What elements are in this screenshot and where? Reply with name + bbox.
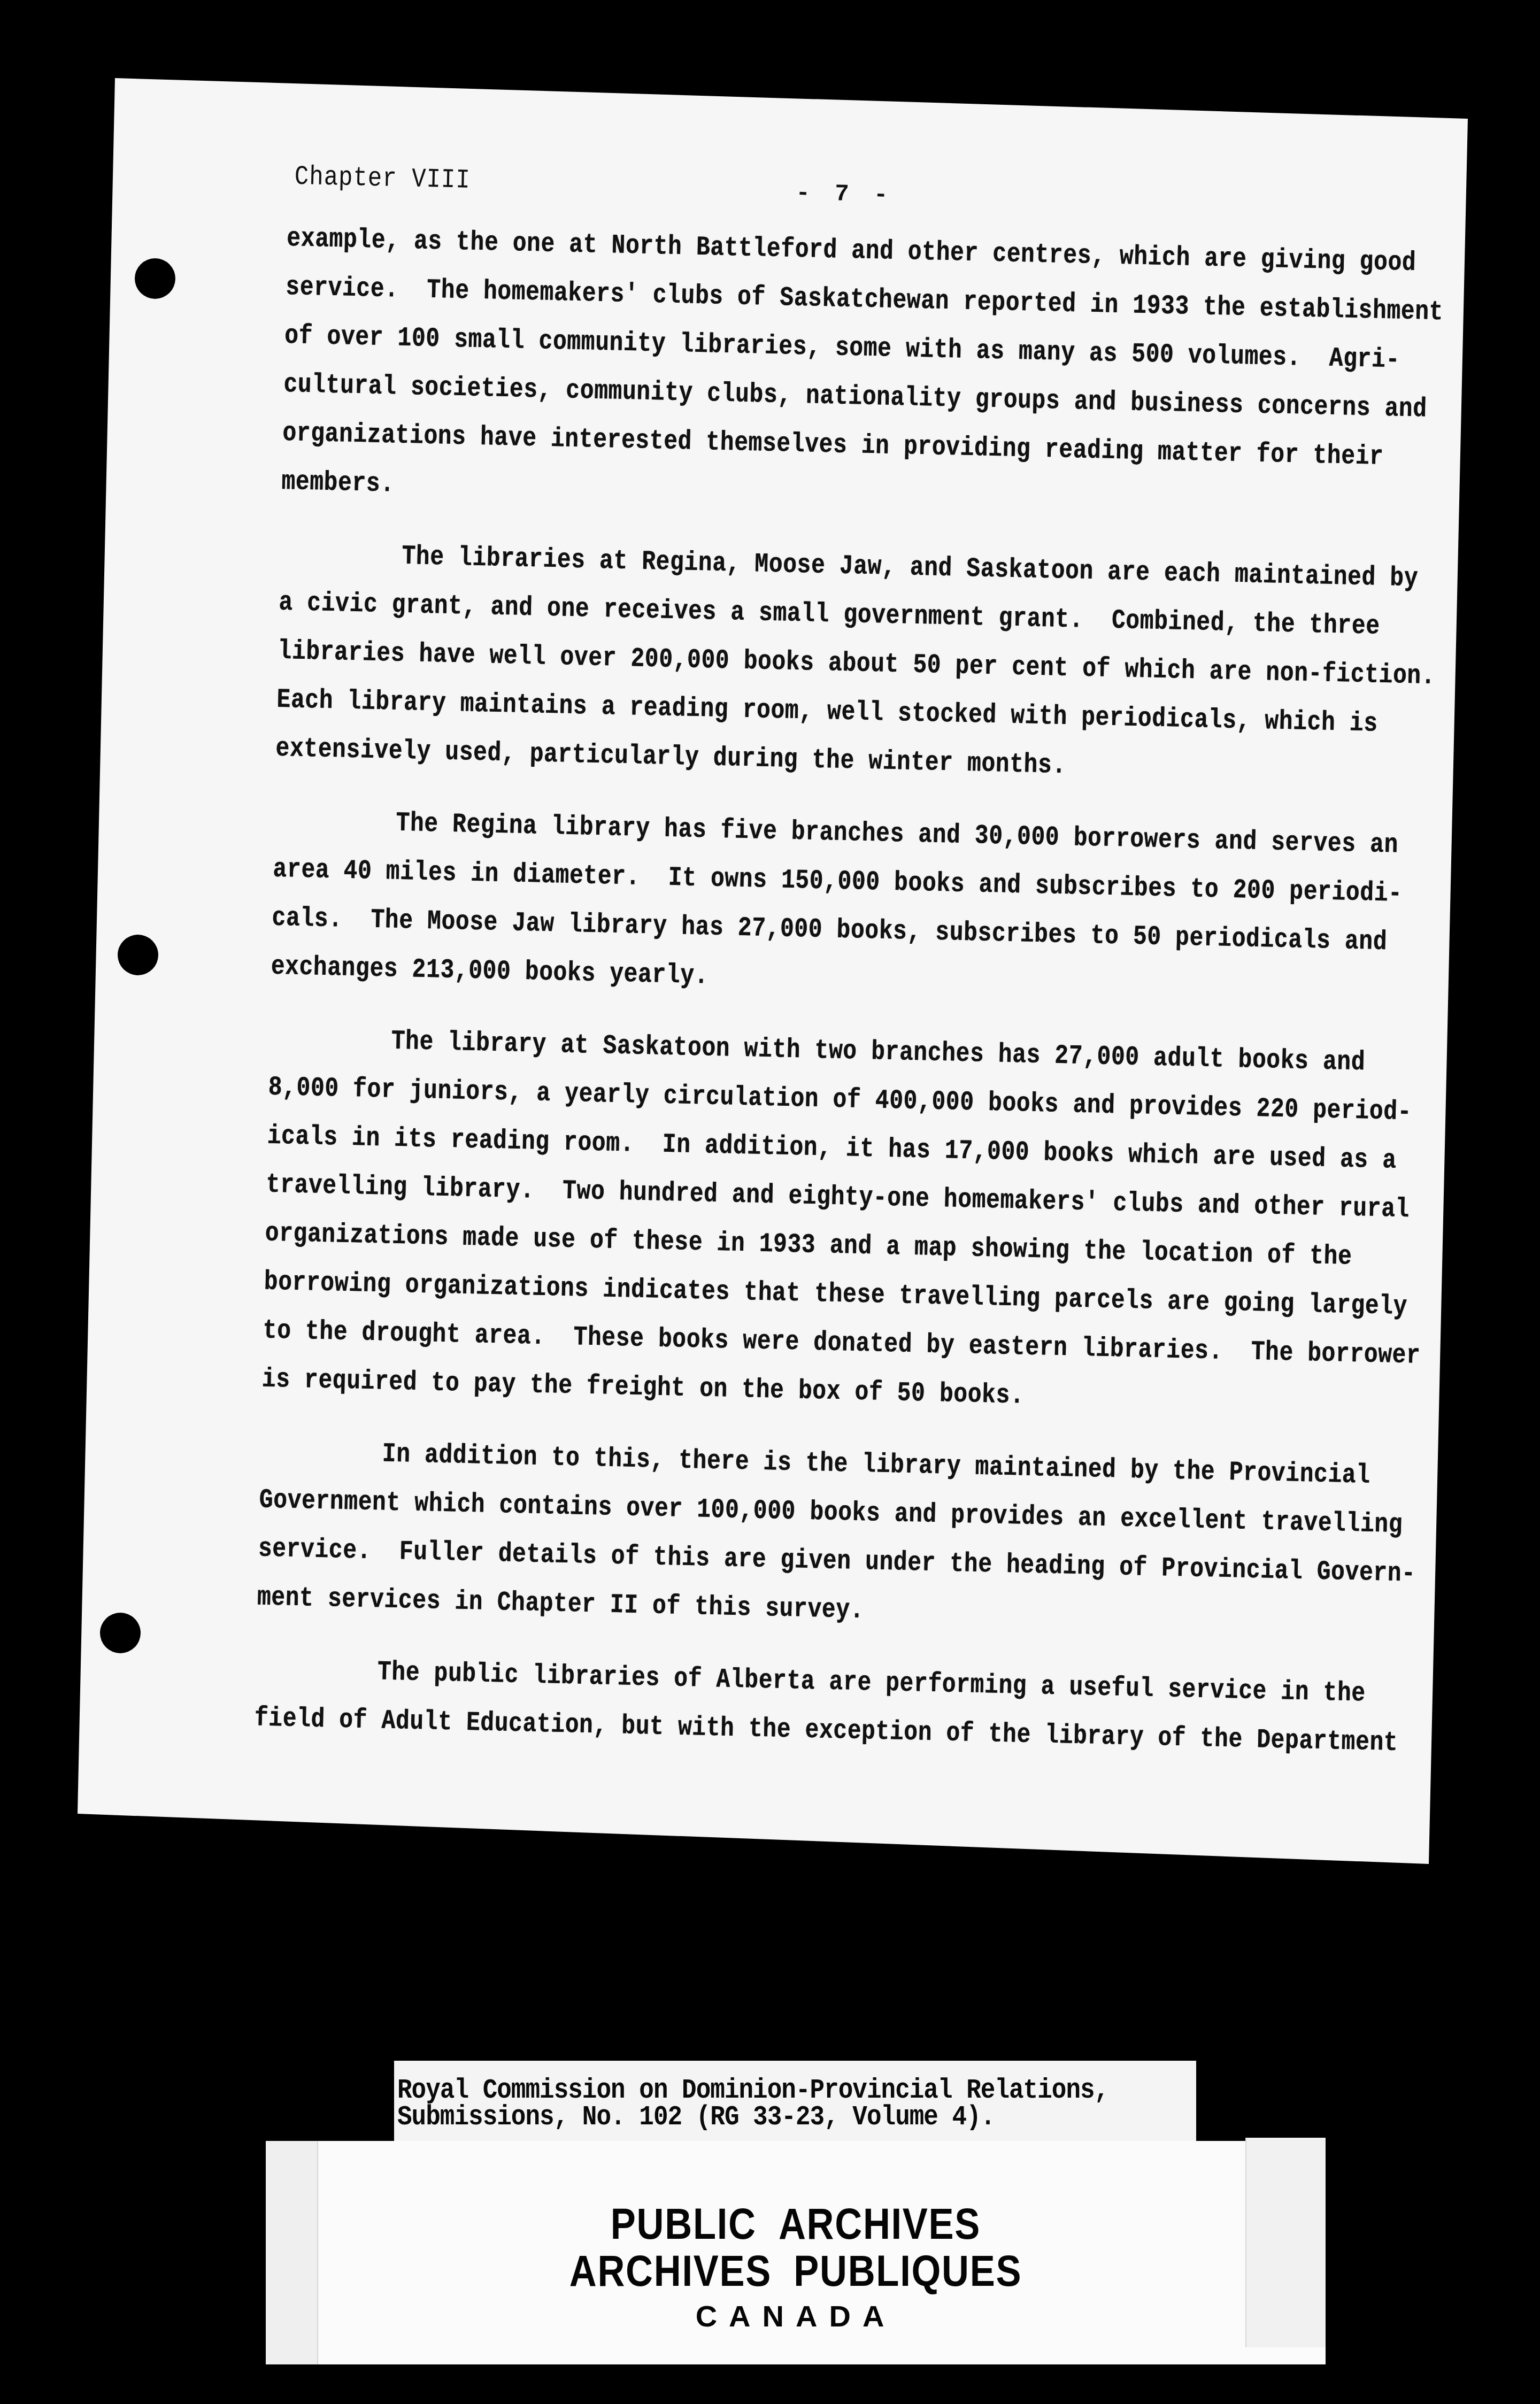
paragraph: The public libraries of Alberta are perf… — [254, 1645, 1389, 1767]
stamp-word-publiques: PUBLIQUES — [794, 2247, 1022, 2295]
typed-page-content: Chapter VIII - 7 - example, as the one a… — [254, 150, 1422, 1767]
body-text: example, as the one at North Battleford … — [254, 214, 1421, 1767]
stamp-english-line: PUBLICARCHIVES — [340, 2201, 1252, 2248]
page-number: - 7 - — [796, 180, 894, 209]
reference-line-1: Royal Commission on Dominion-Provincial … — [397, 2076, 1196, 2106]
stamp-word-archives: ARCHIVES — [779, 2200, 981, 2248]
punch-hole-top — [135, 258, 175, 299]
paragraph: The library at Saskatoon with two branch… — [261, 1014, 1403, 1428]
punch-hole-bottom — [100, 1613, 141, 1653]
archives-stamp-text: PUBLICARCHIVES ARCHIVESPUBLIQUES CANADA — [266, 2201, 1326, 2337]
paragraph: The Regina library has five branches and… — [271, 796, 1408, 1015]
reference-line-2: Submissions, No. 102 (RG 33-23, Volume 4… — [397, 2102, 1196, 2132]
stamp-french-line: ARCHIVESPUBLIQUES — [340, 2248, 1252, 2295]
paragraph: In addition to this, there is the librar… — [257, 1427, 1394, 1646]
stamp-country: CANADA — [266, 2296, 1326, 2337]
archival-reference-label: Royal Commission on Dominion-Provincial … — [394, 2061, 1196, 2141]
stamp-word-public: PUBLIC — [611, 2200, 757, 2248]
punch-hole-middle — [118, 935, 158, 975]
scanned-document-page: Chapter VIII - 7 - example, as the one a… — [0, 0, 1540, 2404]
paragraph: The libraries at Regina, Moose Jaw, and … — [275, 529, 1414, 797]
stamp-word-archives-fr: ARCHIVES — [569, 2247, 772, 2295]
public-archives-stamp: PUBLICARCHIVES ARCHIVESPUBLIQUES CANADA — [266, 2141, 1326, 2364]
paragraph: example, as the one at North Battleford … — [281, 214, 1420, 530]
chapter-label: Chapter VIII — [294, 161, 471, 196]
